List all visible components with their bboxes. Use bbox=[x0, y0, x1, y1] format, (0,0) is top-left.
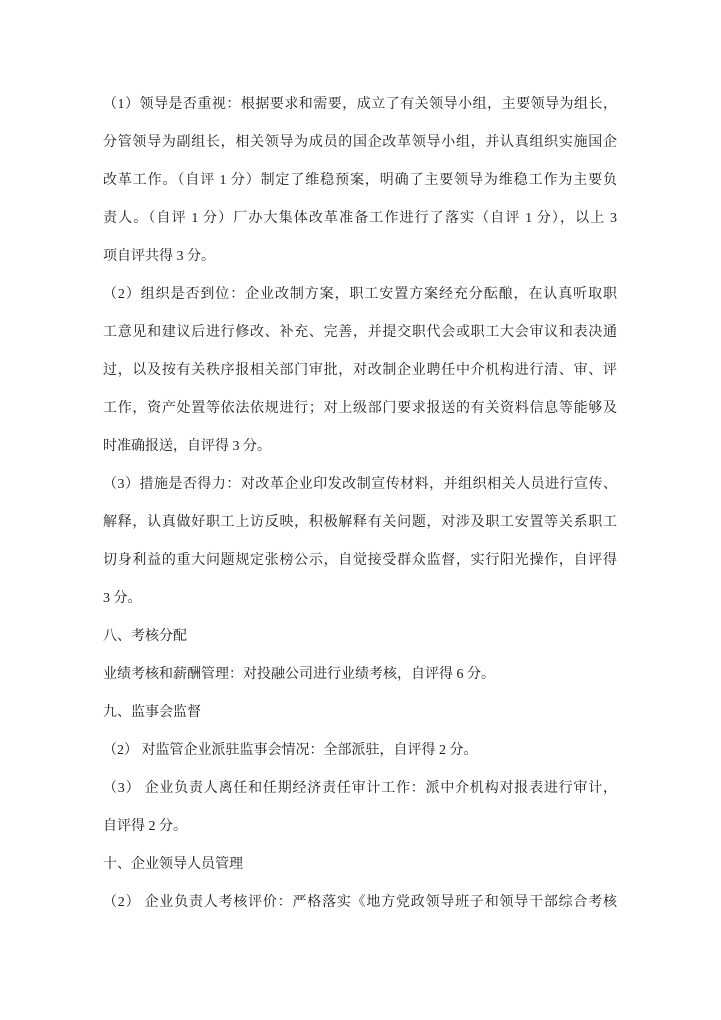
text-line-19: （3） 企业负责人离任和任期经济责任审计工作：派中介机构对报表进行审计， bbox=[103, 770, 617, 808]
document-text-block: （1）领导是否重视：根据要求和需要，成立了有关领导小组，主要领导为组长，分管领导… bbox=[103, 86, 617, 922]
text-line-11: （3）措施是否得力：对改革企业印发改制宣传材料，并组织相关人员进行宣传、 bbox=[103, 466, 617, 504]
text-line-1: （1）领导是否重视：根据要求和需要，成立了有关领导小组，主要领导为组长， bbox=[103, 86, 617, 124]
text-line-7: 工意见和建议后进行修改、补充、完善，并提交职代会或职工大会审议和表决通 bbox=[103, 314, 617, 352]
text-line-4: 责人。（自评 1 分）厂办大集体改革准备工作进行了落实（自评 1 分），以上 3 bbox=[103, 200, 617, 238]
text-line-17: 九、监事会监督 bbox=[103, 694, 617, 732]
text-line-20: 自评得 2 分。 bbox=[103, 808, 617, 846]
text-line-21: 十、企业领导人员管理 bbox=[103, 846, 617, 884]
text-line-5: 项自评共得 3 分。 bbox=[103, 238, 617, 276]
text-line-15: 八、考核分配 bbox=[103, 618, 617, 656]
text-line-8: 过，以及按有关秩序报相关部门审批，对改制企业聘任中介机构进行清、审、评 bbox=[103, 352, 617, 390]
text-line-22: （2） 企业负责人考核评价：严格落实《地方党政领导班子和领导干部综合考核 bbox=[103, 884, 617, 922]
text-line-3: 改革工作。（自评 1 分）制定了维稳预案，明确了主要领导为维稳工作为主要负 bbox=[103, 162, 617, 200]
text-line-12: 解释，认真做好职工上访反映，积极解释有关问题，对涉及职工安置等关系职工 bbox=[103, 504, 617, 542]
text-line-16: 业绩考核和薪酬管理：对投融公司进行业绩考核，自评得 6 分。 bbox=[103, 656, 617, 694]
text-line-9: 工作，资产处置等依法依规进行；对上级部门要求报送的有关资料信息等能够及 bbox=[103, 390, 617, 428]
text-line-10: 时准确报送，自评得 3 分。 bbox=[103, 428, 617, 466]
text-line-18: （2） 对监管企业派驻监事会情况：全部派驻，自评得 2 分。 bbox=[103, 732, 617, 770]
text-line-13: 切身利益的重大问题规定张榜公示，自觉接受群众监督，实行阳光操作，自评得 bbox=[103, 542, 617, 580]
text-line-2: 分管领导为副组长，相关领导为成员的国企改革领导小组，并认真组织实施国企 bbox=[103, 124, 617, 162]
text-line-6: （2）组织是否到位：企业改制方案，职工安置方案经充分酝酿，在认真听取职 bbox=[103, 276, 617, 314]
text-line-14: 3 分。 bbox=[103, 580, 617, 618]
document-page: （1）领导是否重视：根据要求和需要，成立了有关领导小组，主要领导为组长，分管领导… bbox=[0, 0, 721, 1020]
